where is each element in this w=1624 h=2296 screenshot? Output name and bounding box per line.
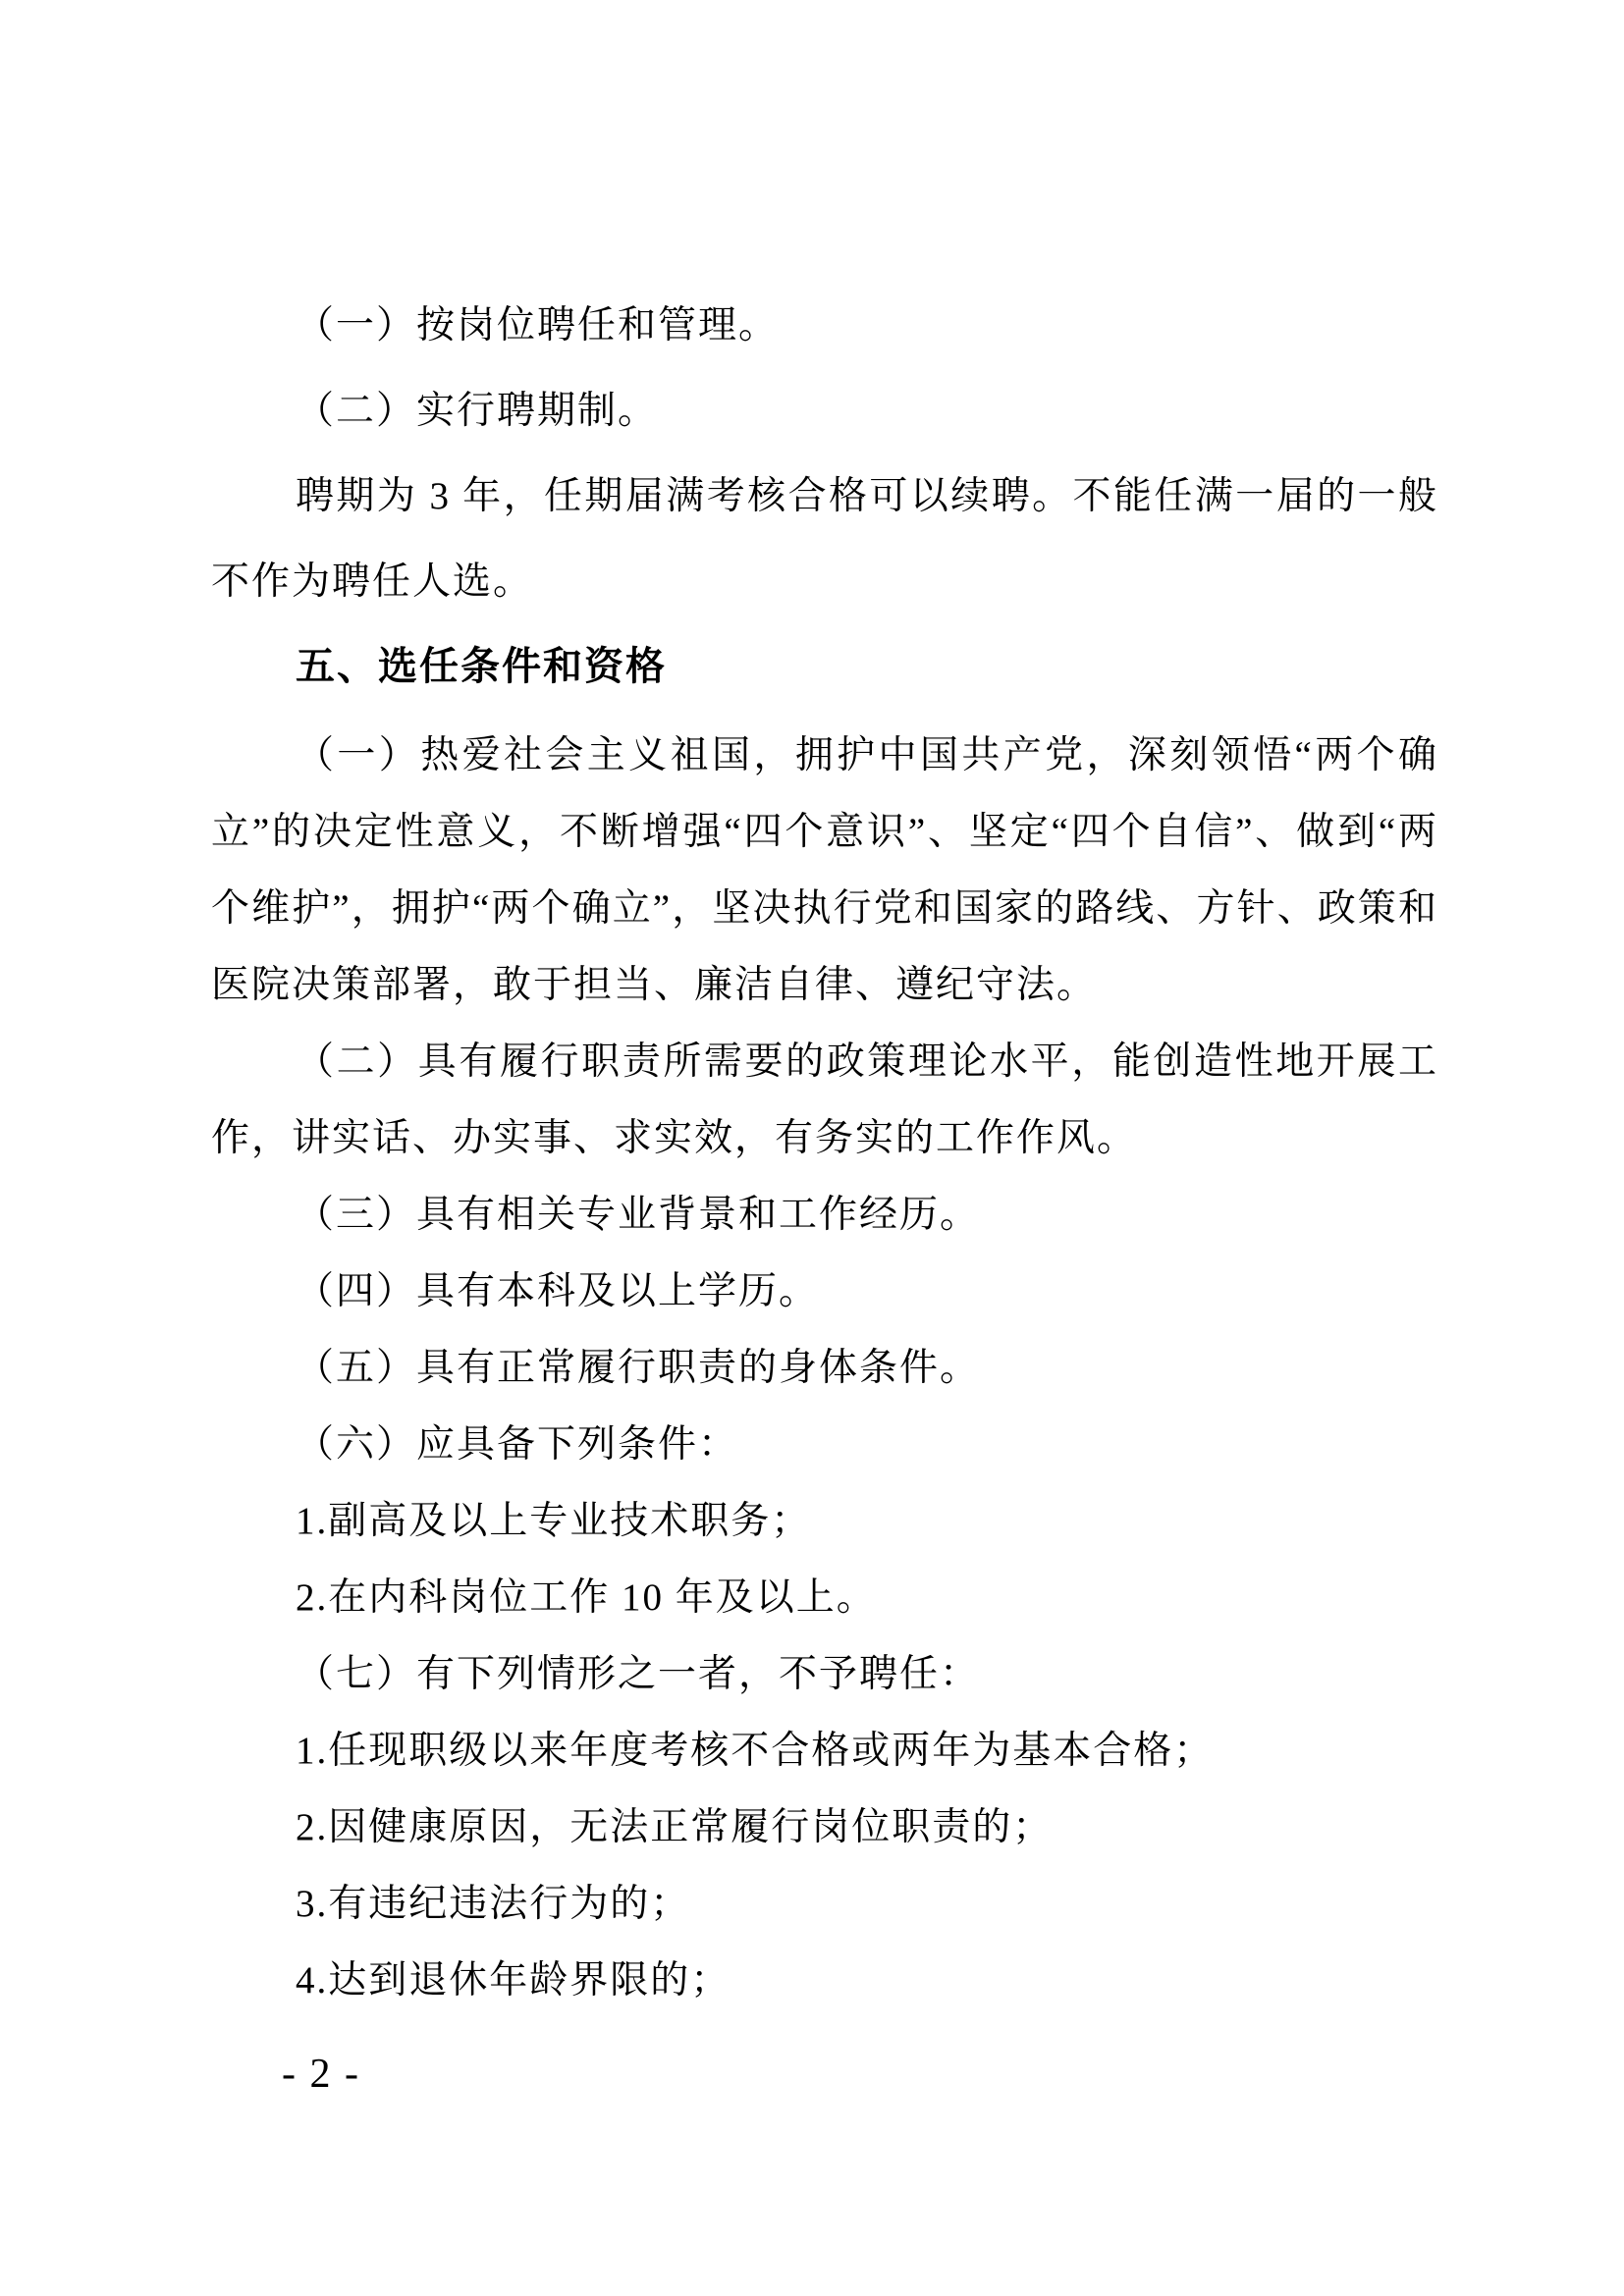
paragraph: （五）具有正常履行职责的身体条件。 — [211, 1330, 1438, 1407]
page-number: - 2 - — [282, 2054, 360, 2095]
paragraph: （二）具有履行职责所需要的政策理论水平，能创造性地开展工作，讲实话、办实事、求实… — [211, 1024, 1438, 1177]
paragraph: （七）有下列情形之一者，不予聘任： — [211, 1636, 1438, 1713]
paragraph: 4.达到退休年龄界限的； — [211, 1943, 1438, 2019]
document-body: （一）按岗位聘任和管理。（二）实行聘期制。聘期为 3 年，任期届满考核合格可以续… — [211, 283, 1438, 2019]
paragraph: 3.有违纪违法行为的； — [211, 1866, 1438, 1943]
paragraph: （一）按岗位聘任和管理。 — [211, 283, 1438, 368]
paragraph: 2.在内科岗位工作 10 年及以上。 — [211, 1560, 1438, 1636]
paragraph: 聘期为 3 年，任期届满考核合格可以续聘。不能任满一届的一般不作为聘任人选。 — [211, 454, 1438, 624]
paragraph: 2.因健康原因，无法正常履行岗位职责的； — [211, 1789, 1438, 1866]
paragraph: （四）具有本科及以上学历。 — [211, 1254, 1438, 1330]
paragraph: 1.副高及以上专业技术职务； — [211, 1483, 1438, 1560]
paragraph: （一）热爱社会主义祖国，拥护中国共产党，深刻领悟“两个确立”的决定性意义，不断增… — [211, 718, 1438, 1024]
document-page: （一）按岗位聘任和管理。（二）实行聘期制。聘期为 3 年，任期届满考核合格可以续… — [0, 0, 1624, 2296]
paragraph: 1.任现职级以来年度考核不合格或两年为基本合格； — [211, 1713, 1438, 1789]
paragraph: （六）应具备下列条件： — [211, 1407, 1438, 1483]
paragraph: （二）实行聘期制。 — [211, 368, 1438, 454]
paragraph: （三）具有相关专业背景和工作经历。 — [211, 1177, 1438, 1254]
section-heading: 五、选任条件和资格 — [211, 624, 1438, 710]
